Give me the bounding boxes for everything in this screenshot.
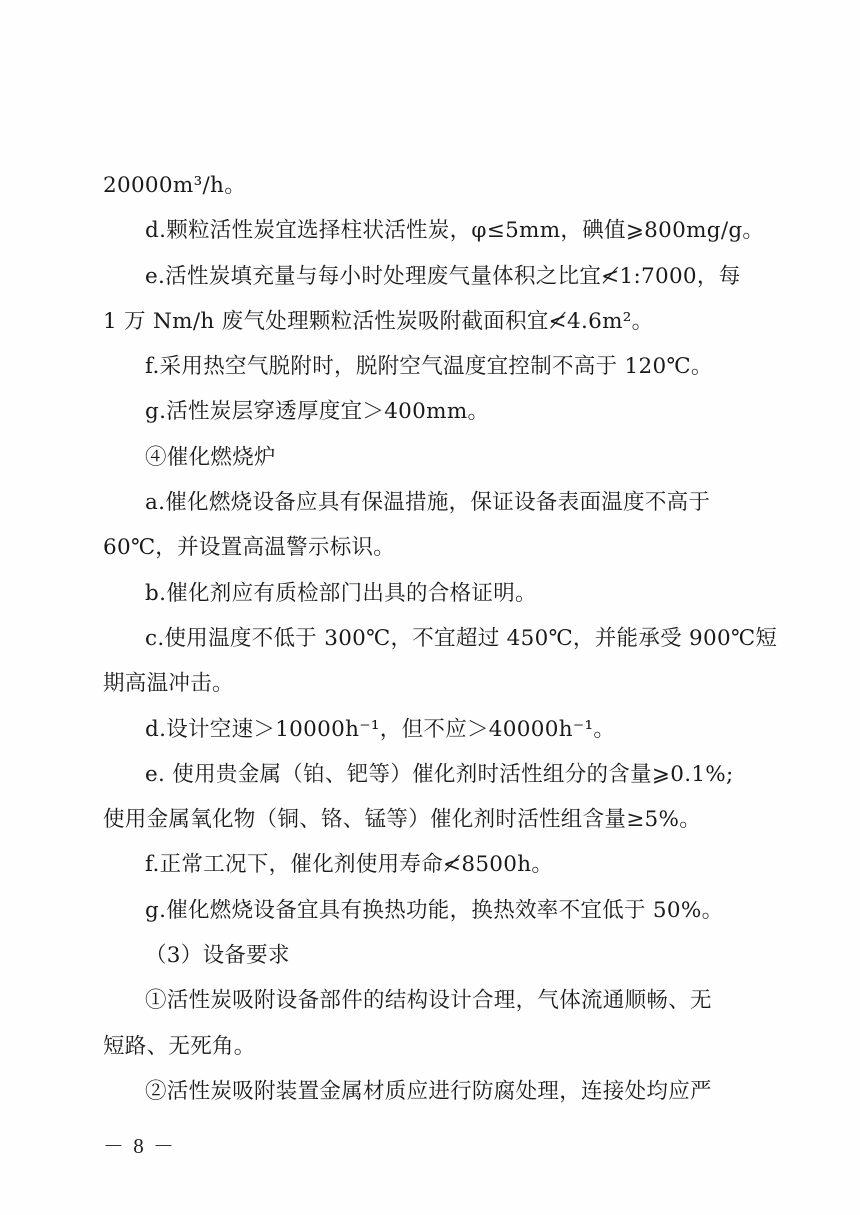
section-heading-catalytic-furnace: ④催化燃烧炉 — [103, 435, 767, 480]
text-line-item-a-cont: 60℃，并设置高温警示标识。 — [103, 525, 767, 570]
document-body: 20000m³/h。 d.颗粒活性炭宜选择柱状活性炭，φ≤5mm，碘值⩾800m… — [103, 163, 767, 1114]
text-line-item-d-granular-carbon: d.颗粒活性炭宜选择柱状活性炭，φ≤5mm，碘值⩾800mg/g。 — [103, 208, 767, 253]
text-line-item-c-temperature: c.使用温度不低于 300℃，不宜超过 450℃，并能承受 900℃短 — [103, 616, 767, 661]
text-line-item-b-certificate: b.催化剂应有质检部门出具的合格证明。 — [103, 571, 767, 616]
text-line-item-c-cont: 期高温冲击。 — [103, 661, 767, 706]
text-line-item-g-thickness: g.活性炭层穿透厚度宜＞400mm。 — [103, 389, 767, 434]
text-line-continuation: 20000m³/h。 — [103, 163, 767, 208]
document-page: 20000m³/h。 d.颗粒活性炭宜选择柱状活性炭，φ≤5mm，碘值⩾800m… — [0, 0, 860, 1215]
text-line-req-1-cont: 短路、无死角。 — [103, 1024, 767, 1069]
text-line-item-e-precious-metal: e. 使用贵金属（铂、钯等）催化剂时活性组分的含量⩾0.1%; — [103, 752, 767, 797]
text-line-req-2: ②活性炭吸附装置金属材质应进行防腐处理，连接处均应严 — [103, 1069, 767, 1114]
text-line-item-g-heat-exchange: g.催化燃烧设备宜具有换热功能，换热效率不宜低于 50%。 — [103, 888, 767, 933]
text-line-req-1: ①活性炭吸附设备部件的结构设计合理，气体流通顺畅、无 — [103, 978, 767, 1023]
text-line-item-a-insulation: a.催化燃烧设备应具有保温措施，保证设备表面温度不高于 — [103, 480, 767, 525]
text-line-item-f-catalyst-life: f.正常工况下，催化剂使用寿命≮8500h。 — [103, 842, 767, 887]
text-line-item-e-cont: 1 万 Nm/h 废气处理颗粒活性炭吸附截面积宜≮4.6m²。 — [103, 299, 767, 344]
page-number: － 8 － — [103, 1131, 176, 1161]
section-heading-equipment-requirements: （3）设备要求 — [103, 933, 767, 978]
text-line-item-f-desorption: f.采用热空气脱附时，脱附空气温度宜控制不高于 120℃。 — [103, 344, 767, 389]
text-line-item-e-fill-ratio: e.活性炭填充量与每小时处理废气量体积之比宜≮1:7000，每 — [103, 254, 767, 299]
text-line-item-e-metal-oxide: 使用金属氧化物（铜、铬、锰等）催化剂时活性组含量≥5%。 — [103, 797, 767, 842]
text-line-item-d-space-velocity: d.设计空速＞10000h⁻¹，但不应＞40000h⁻¹。 — [103, 707, 767, 752]
